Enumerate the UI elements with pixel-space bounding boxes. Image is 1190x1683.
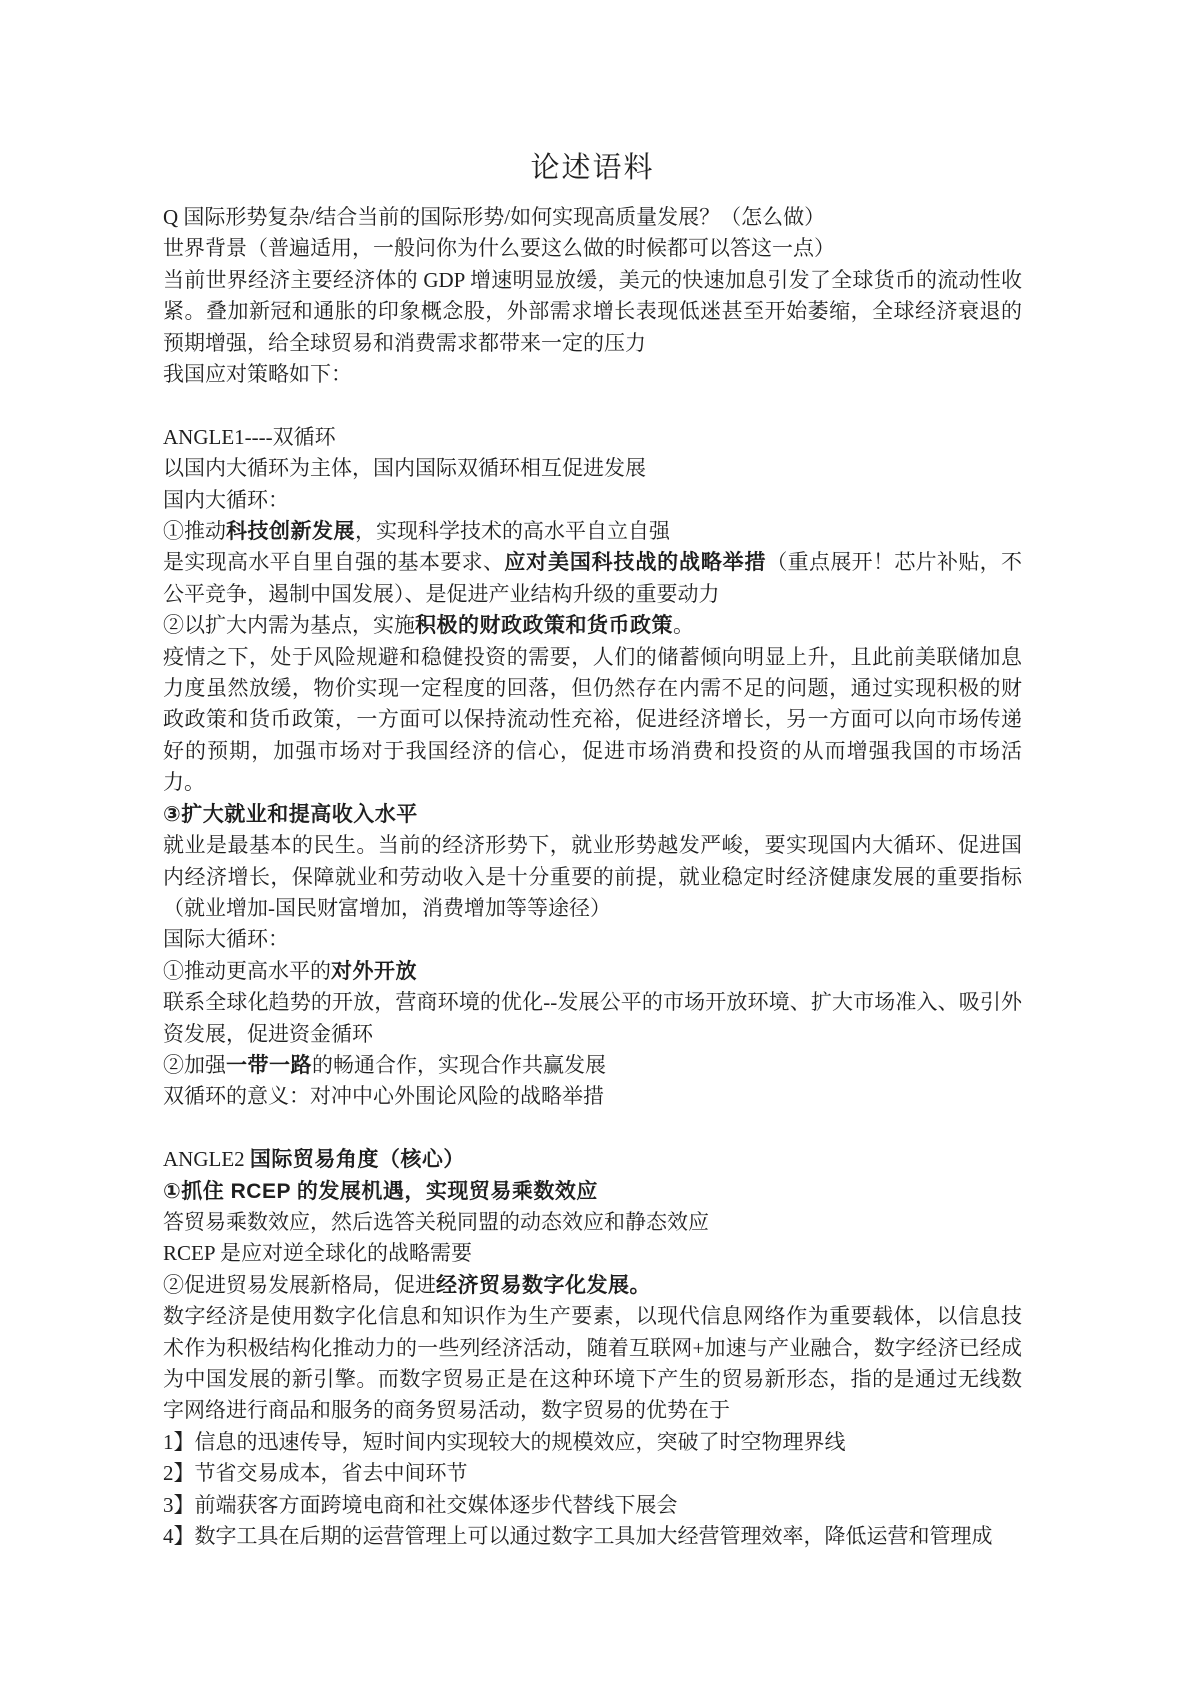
bold-text-run: 科技创新发展 — [226, 520, 355, 543]
paragraph: 国内大循环： — [163, 485, 1022, 516]
paragraph: 联系全球化趋势的开放，营商环境的优化--发展公平的市场开放环境、扩大市场准入、吸… — [163, 987, 1022, 1050]
text-run: 数字经济是使用数字化信息和知识作为生产要素，以现代信息网络作为重要载体，以信息技… — [163, 1304, 1022, 1422]
text-run: 的畅通合作，实现合作共赢发展 — [312, 1053, 606, 1077]
text-run: 是实现高水平自里自强的基本要求、 — [163, 550, 504, 574]
document-body: Q 国际形势复杂/结合当前的国际形势/如何实现高质量发展？（怎么做）世界背景（普… — [163, 202, 1022, 1552]
text-run: 。 — [673, 613, 694, 637]
paragraph: 是实现高水平自里自强的基本要求、应对美国科技战的战略举措（重点展开！芯片补贴，不… — [163, 547, 1022, 610]
bold-text-run: 对外开放 — [331, 960, 417, 983]
bold-text-run: 应对美国科技战的战略举措 — [504, 551, 766, 574]
paragraph: RCEP 是应对逆全球化的战略需要 — [163, 1238, 1022, 1269]
text-run: 疫情之下，处于风险规避和稳健投资的需要，人们的储蓄倾向明显上升，且此前美联储加息… — [163, 645, 1022, 795]
paragraph: 双循环的意义：对冲中心外围论风险的战略举措 — [163, 1081, 1022, 1112]
text-run: 以国内大循环为主体，国内国际双循环相互促进发展 — [163, 456, 646, 480]
paragraph: 3】前端获客方面跨境电商和社交媒体逐步代替线下展会 — [163, 1490, 1022, 1521]
bold-text-run: ①抓住 RCEP 的发展机遇，实现贸易乘数效应 — [163, 1180, 598, 1203]
text-run: ②以扩大内需为基点，实施 — [163, 613, 415, 637]
paragraph: 我国应对策略如下： — [163, 359, 1022, 390]
paragraph: ①推动科技创新发展，实现科学技术的高水平自立自强 — [163, 516, 1022, 547]
text-run: ，实现科学技术的高水平自立自强 — [355, 519, 670, 543]
blank-line — [163, 1113, 1022, 1144]
text-run: RCEP 是应对逆全球化的战略需要 — [163, 1241, 472, 1265]
text-run: ①推动更高水平的 — [163, 959, 331, 983]
bold-text-run: 经济贸易数字化发展。 — [436, 1274, 651, 1297]
text-run: ANGLE2 — [163, 1147, 250, 1171]
paragraph: ②以扩大内需为基点，实施积极的财政政策和货币政策。 — [163, 610, 1022, 641]
text-run: 世界背景（普遍适用，一般问你为什么要这么做的时候都可以答这一点） — [163, 236, 835, 260]
bold-text-run: ③扩大就业和提高收入水平 — [163, 803, 418, 826]
document-page: 论述语料 Q 国际形势复杂/结合当前的国际形势/如何实现高质量发展？（怎么做）世… — [0, 0, 1190, 1683]
text-run: 3】前端获客方面跨境电商和社交媒体逐步代替线下展会 — [163, 1493, 678, 1517]
text-run: 双循环的意义：对冲中心外围论风险的战略举措 — [163, 1084, 604, 1108]
paragraph: 答贸易乘数效应，然后选答关税同盟的动态效应和静态效应 — [163, 1207, 1022, 1238]
paragraph: ①推动更高水平的对外开放 — [163, 956, 1022, 987]
text-run: ANGLE1----双循环 — [163, 425, 336, 449]
paragraph: ANGLE2 国际贸易角度（核心） — [163, 1144, 1022, 1175]
paragraph: 当前世界经济主要经济体的 GDP 增速明显放缓，美元的快速加息引发了全球货币的流… — [163, 265, 1022, 359]
paragraph: 以国内大循环为主体，国内国际双循环相互促进发展 — [163, 453, 1022, 484]
paragraph: 就业是最基本的民生。当前的经济形势下，就业形势越发严峻，要实现国内大循环、促进国… — [163, 830, 1022, 924]
text-run: 当前世界经济主要经济体的 GDP 增速明显放缓，美元的快速加息引发了全球货币的流… — [163, 268, 1022, 355]
paragraph: ①抓住 RCEP 的发展机遇，实现贸易乘数效应 — [163, 1176, 1022, 1207]
paragraph: 世界背景（普遍适用，一般问你为什么要这么做的时候都可以答这一点） — [163, 233, 1022, 264]
text-run: 就业是最基本的民生。当前的经济形势下，就业形势越发严峻，要实现国内大循环、促进国… — [163, 833, 1022, 920]
paragraph: ③扩大就业和提高收入水平 — [163, 799, 1022, 830]
paragraph: ②加强一带一路的畅通合作，实现合作共赢发展 — [163, 1050, 1022, 1081]
text-run: 国际大循环： — [163, 927, 289, 951]
text-run: 1】信息的迅速传导，短时间内实现较大的规模效应，突破了时空物理界线 — [163, 1430, 846, 1454]
text-run: 4】数字工具在后期的运营管理上可以通过数字工具加大经营管理效率，降低运营和管理成 — [163, 1524, 993, 1548]
text-run: 联系全球化趋势的开放，营商环境的优化--发展公平的市场开放环境、扩大市场准入、吸… — [163, 990, 1022, 1045]
bold-text-run: 一带一路 — [226, 1054, 312, 1077]
text-run: 我国应对策略如下： — [163, 362, 352, 386]
paragraph: 疫情之下，处于风险规避和稳健投资的需要，人们的储蓄倾向明显上升，且此前美联储加息… — [163, 642, 1022, 799]
paragraph: 国际大循环： — [163, 924, 1022, 955]
text-run: Q 国际形势复杂/结合当前的国际形势/如何实现高质量发展？（怎么做） — [163, 205, 825, 229]
text-run: ①推动 — [163, 519, 226, 543]
bold-text-run: 国际贸易角度（核心） — [250, 1148, 465, 1171]
document-title: 论述语料 — [163, 148, 1022, 188]
paragraph: ②促进贸易发展新格局，促进经济贸易数字化发展。 — [163, 1270, 1022, 1301]
paragraph: 1】信息的迅速传导，短时间内实现较大的规模效应，突破了时空物理界线 — [163, 1427, 1022, 1458]
text-run: 2】节省交易成本，省去中间环节 — [163, 1461, 468, 1485]
paragraph: 数字经济是使用数字化信息和知识作为生产要素，以现代信息网络作为重要载体，以信息技… — [163, 1301, 1022, 1427]
bold-text-run: 积极的财政政策和货币政策 — [415, 614, 673, 637]
paragraph: Q 国际形势复杂/结合当前的国际形势/如何实现高质量发展？（怎么做） — [163, 202, 1022, 233]
blank-line — [163, 390, 1022, 421]
paragraph: 4】数字工具在后期的运营管理上可以通过数字工具加大经营管理效率，降低运营和管理成 — [163, 1521, 1022, 1552]
paragraph: ANGLE1----双循环 — [163, 422, 1022, 453]
text-run: 国内大循环： — [163, 488, 289, 512]
text-run: ②促进贸易发展新格局，促进 — [163, 1273, 436, 1297]
text-run: ②加强 — [163, 1053, 226, 1077]
paragraph: 2】节省交易成本，省去中间环节 — [163, 1458, 1022, 1489]
text-run: 答贸易乘数效应，然后选答关税同盟的动态效应和静态效应 — [163, 1210, 709, 1234]
